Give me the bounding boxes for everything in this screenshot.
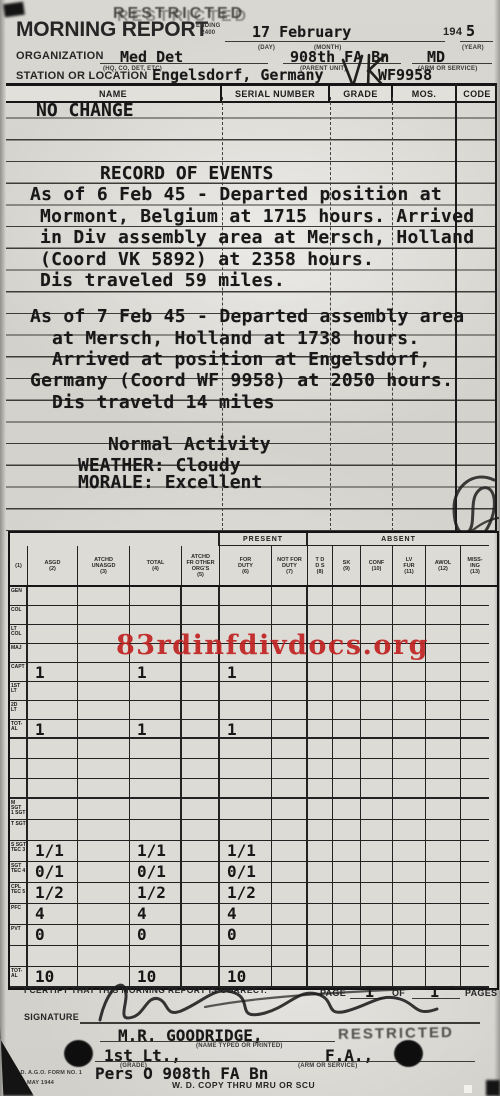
row-label — [10, 946, 28, 967]
cell-td — [308, 946, 333, 967]
cell-awol — [426, 720, 461, 739]
cell-sk — [333, 720, 361, 739]
no-change-entry: NO CHANGE — [36, 100, 134, 121]
cell-asgd — [28, 799, 78, 820]
cell-total — [130, 779, 182, 799]
year-printed: 194 — [443, 26, 462, 38]
cell-conf — [361, 946, 393, 967]
cell-duty: 0 — [220, 925, 272, 946]
cell-nfd — [272, 883, 308, 904]
name-caption: (NAME TYPED OR PRINTED) — [196, 1043, 283, 1049]
form-title: MORNING REPORT — [16, 18, 208, 42]
row-label: LT COL — [10, 625, 28, 644]
cell-fro — [182, 606, 220, 625]
strength-row — [10, 739, 497, 759]
cell-lv — [393, 606, 426, 625]
strength-row — [10, 759, 497, 779]
cell-td — [308, 820, 333, 841]
col-1: (1) — [10, 546, 28, 585]
cell-awol — [426, 663, 461, 682]
cell-conf — [361, 799, 393, 820]
strength-header-columns: (1) ASGD(2) ATCHD UNASGD(3) TOTAL(4) ATC… — [10, 546, 497, 587]
cell-lv — [393, 759, 426, 779]
group-absent: ABSENT — [308, 533, 489, 546]
cell-sk — [333, 820, 361, 841]
col-conf: CONF(10) — [361, 546, 393, 585]
cell-miss — [461, 682, 489, 701]
cell-fro — [182, 862, 220, 883]
cell-sk — [333, 663, 361, 682]
cell-nfd — [272, 606, 308, 625]
cell-total: 1/1 — [130, 841, 182, 862]
station-label: STATION OR LOCATION — [16, 70, 148, 82]
col-atchd-fr-other: ATCHD FR OTHER ORG'S(5) — [182, 546, 220, 585]
photo-corner-mark — [3, 2, 25, 18]
cell-total: 0 — [130, 925, 182, 946]
cell-miss — [461, 587, 489, 606]
col-asgd: ASGD(2) — [28, 546, 78, 585]
cell-asgd — [28, 625, 78, 644]
cell-lv — [393, 739, 426, 759]
row-label: SGT TEC 4 — [10, 862, 28, 883]
cell-conf — [361, 862, 393, 883]
col-lv-fur: LV FUR(11) — [393, 546, 426, 585]
cell-td — [308, 759, 333, 779]
report-date: 17 February — [252, 23, 351, 41]
cell-fro — [182, 820, 220, 841]
cell-duty — [220, 739, 272, 759]
cell-awol — [426, 701, 461, 720]
cell-conf — [361, 720, 393, 739]
cell-asgd: 1/2 — [28, 883, 78, 904]
col-total: TOTAL(4) — [130, 546, 182, 585]
cell-asgd: 1/1 — [28, 841, 78, 862]
cell-sk — [333, 841, 361, 862]
cell-lv — [393, 799, 426, 820]
cell-lv — [393, 820, 426, 841]
row-label: 2D LT — [10, 701, 28, 720]
activity-entry: Normal Activity — [108, 434, 271, 455]
cell-miss — [461, 904, 489, 925]
cell-total: 0/1 — [130, 862, 182, 883]
cell-total: 1 — [130, 663, 182, 682]
col-not-for-duty: NOT FOR DUTY(7) — [272, 546, 308, 585]
cell-awol — [426, 739, 461, 759]
cell-un — [78, 587, 130, 606]
strength-row: PFC444 — [10, 904, 497, 925]
cell-nfd — [272, 759, 308, 779]
cell-fro — [182, 587, 220, 606]
row-label: PFC — [10, 904, 28, 925]
cell-asgd — [28, 779, 78, 799]
cell-awol — [426, 606, 461, 625]
cell-asgd — [28, 820, 78, 841]
station-value: Engelsdorf, Germany — [152, 66, 324, 84]
cell-td — [308, 720, 333, 739]
cell-asgd — [28, 739, 78, 759]
organization-label: ORGANIZATION — [16, 50, 104, 62]
cell-nfd — [272, 946, 308, 967]
col-td-ds: T D D S(8) — [308, 546, 333, 585]
cell-conf — [361, 587, 393, 606]
cell-awol — [426, 682, 461, 701]
col-sk: SK(9) — [333, 546, 361, 585]
cell-total — [130, 739, 182, 759]
cell-duty: 1 — [220, 720, 272, 739]
cell-td — [308, 739, 333, 759]
cell-sk — [333, 606, 361, 625]
cell-td — [308, 883, 333, 904]
row-label: COL — [10, 606, 28, 625]
photo-right-edge-shade — [494, 0, 500, 1096]
cell-duty: 0/1 — [220, 862, 272, 883]
cell-awol — [426, 625, 461, 644]
cell-total — [130, 799, 182, 820]
cell-lv — [393, 904, 426, 925]
watermark: 83rdinfdivdocs.org — [116, 630, 429, 661]
cell-duty — [220, 759, 272, 779]
row-label — [10, 779, 28, 799]
strength-header-groups: PRESENT ABSENT — [10, 533, 497, 546]
cell-miss — [461, 701, 489, 720]
cell-lv — [393, 925, 426, 946]
cell-td — [308, 682, 333, 701]
cell-sk — [333, 883, 361, 904]
cell-asgd — [28, 701, 78, 720]
cell-td — [308, 606, 333, 625]
cell-lv — [393, 587, 426, 606]
cell-asgd — [28, 682, 78, 701]
row-label: PVT — [10, 925, 28, 946]
photo-left-edge-shade — [0, 0, 6, 1096]
cell-awol — [426, 799, 461, 820]
cell-td — [308, 799, 333, 820]
cell-asgd — [28, 587, 78, 606]
cell-un — [78, 925, 130, 946]
strength-row — [10, 779, 497, 799]
cell-duty — [220, 779, 272, 799]
cell-miss — [461, 967, 489, 988]
cell-lv — [393, 841, 426, 862]
event-line: in Div assembly area at Mersch, Holland — [40, 227, 474, 248]
cell-fro — [182, 946, 220, 967]
strength-row: S SGT TEC 31/11/11/1 — [10, 841, 497, 862]
cell-conf — [361, 904, 393, 925]
cell-un — [78, 779, 130, 799]
cell-un — [78, 701, 130, 720]
form-number: W. D. A.G.O. FORM NO. 1 — [12, 1070, 82, 1076]
cell-asgd — [28, 759, 78, 779]
cell-awol — [426, 841, 461, 862]
col-atchd-unasgd: ATCHD UNASGD(3) — [78, 546, 130, 585]
cell-asgd — [28, 606, 78, 625]
cell-sk — [333, 739, 361, 759]
cell-miss — [461, 625, 489, 644]
row-label: M SGT 1 SGT — [10, 799, 28, 820]
cell-un — [78, 799, 130, 820]
cell-nfd — [272, 820, 308, 841]
cell-un — [78, 663, 130, 682]
cell-conf — [361, 606, 393, 625]
photo-white-speck — [464, 1085, 472, 1093]
row-label: MAJ — [10, 644, 28, 663]
cell-conf — [361, 820, 393, 841]
cell-conf — [361, 883, 393, 904]
cell-fro — [182, 883, 220, 904]
strength-row: 1ST LT — [10, 682, 497, 701]
cell-un — [78, 759, 130, 779]
cell-duty — [220, 820, 272, 841]
cell-miss — [461, 606, 489, 625]
cell-td — [308, 663, 333, 682]
cell-total: 1 — [130, 720, 182, 739]
cell-td — [308, 701, 333, 720]
cell-duty: 1 — [220, 663, 272, 682]
group-present: PRESENT — [220, 533, 308, 546]
cell-duty — [220, 946, 272, 967]
cell-un — [78, 682, 130, 701]
cell-conf — [361, 701, 393, 720]
cell-miss — [461, 720, 489, 739]
punch-hole-right — [394, 1040, 423, 1067]
cell-miss — [461, 883, 489, 904]
cell-td — [308, 904, 333, 925]
cell-total: 4 — [130, 904, 182, 925]
strength-row: SGT TEC 40/10/10/1 — [10, 862, 497, 883]
copy-thru-line: W. D. COPY THRU MRU OR SCU — [172, 1080, 315, 1090]
cell-awol — [426, 946, 461, 967]
cell-fro — [182, 759, 220, 779]
cell-conf — [361, 925, 393, 946]
cell-un — [78, 739, 130, 759]
cell-sk — [333, 682, 361, 701]
cell-conf — [361, 739, 393, 759]
cell-miss — [461, 779, 489, 799]
event-line: Mormont, Belgium at 1715 hours. Arrived — [40, 206, 474, 227]
cell-sk — [333, 904, 361, 925]
cell-td — [308, 587, 333, 606]
row-label: 1ST LT — [10, 682, 28, 701]
cell-lv — [393, 883, 426, 904]
cell-fro — [182, 904, 220, 925]
cell-asgd: 4 — [28, 904, 78, 925]
event-line: (Coord VK 5892) at 2358 hours. — [40, 249, 374, 270]
cell-nfd — [272, 682, 308, 701]
cell-total — [130, 587, 182, 606]
cell-duty — [220, 606, 272, 625]
event-line: Dis traveled 59 miles. — [40, 270, 285, 291]
arm-caption: (ARM OR SERVICE) — [298, 1063, 357, 1069]
cell-awol — [426, 759, 461, 779]
cell-nfd — [272, 587, 308, 606]
row-label — [10, 759, 28, 779]
cell-nfd — [272, 862, 308, 883]
row-label: CAPT — [10, 663, 28, 682]
cell-awol — [426, 779, 461, 799]
event-line: Germany (Coord WF 9958) at 2050 hours. — [30, 370, 453, 391]
cell-awol — [426, 862, 461, 883]
cell-un — [78, 841, 130, 862]
cell-total — [130, 682, 182, 701]
cell-lv — [393, 862, 426, 883]
event-line: As of 7 Feb 45 - Departed assembly area — [30, 306, 464, 327]
punch-hole-left — [64, 1040, 93, 1067]
signature-scrawl — [85, 965, 465, 1035]
morning-report-document: RESTRICTED RESTRICTED MORNING REPORT END… — [0, 0, 500, 1096]
row-label: TOT- AL — [10, 720, 28, 739]
cell-conf — [361, 841, 393, 862]
cell-td — [308, 779, 333, 799]
cell-conf — [361, 682, 393, 701]
cell-miss — [461, 946, 489, 967]
cell-duty — [220, 682, 272, 701]
cell-awol — [426, 644, 461, 663]
cell-asgd — [28, 946, 78, 967]
cell-sk — [333, 799, 361, 820]
morale-entry: MORALE: Excellent — [78, 472, 262, 493]
cell-lv — [393, 779, 426, 799]
strength-row: TOT- AL111 — [10, 720, 497, 739]
cell-conf — [361, 779, 393, 799]
event-line: As of 6 Feb 45 - Departed position at — [30, 184, 442, 205]
cell-duty — [220, 587, 272, 606]
cell-miss — [461, 925, 489, 946]
row-label: T SGT — [10, 820, 28, 841]
cell-sk — [333, 925, 361, 946]
cell-sk — [333, 759, 361, 779]
strength-row: COL — [10, 606, 497, 625]
cell-miss — [461, 739, 489, 759]
cell-miss — [461, 799, 489, 820]
cell-fro — [182, 682, 220, 701]
cell-asgd: 0 — [28, 925, 78, 946]
cell-miss — [461, 759, 489, 779]
day-caption: (DAY) — [258, 45, 275, 51]
cell-awol — [426, 925, 461, 946]
cell-total — [130, 759, 182, 779]
cell-fro — [182, 720, 220, 739]
year-caption: (YEAR) — [462, 45, 484, 51]
event-line: Arrived at position at Engelsdorf, — [52, 349, 431, 370]
cell-un — [78, 720, 130, 739]
cell-duty — [220, 799, 272, 820]
cell-fro — [182, 925, 220, 946]
cell-asgd: 1 — [28, 663, 78, 682]
cell-fro — [182, 701, 220, 720]
cell-conf — [361, 663, 393, 682]
cell-awol — [426, 883, 461, 904]
cell-nfd — [272, 701, 308, 720]
strength-table: PRESENT ABSENT (1) ASGD(2) ATCHD UNASGD(… — [8, 531, 499, 990]
cell-nfd — [272, 925, 308, 946]
cell-asgd — [28, 644, 78, 663]
cell-nfd — [272, 663, 308, 682]
cell-fro — [182, 799, 220, 820]
event-line: Dis traveld 14 miles — [52, 392, 275, 413]
cell-lv — [393, 720, 426, 739]
cell-nfd — [272, 779, 308, 799]
pages-label: PAGES — [465, 988, 497, 998]
cell-sk — [333, 587, 361, 606]
cell-duty — [220, 701, 272, 720]
cell-awol — [426, 904, 461, 925]
cell-miss — [461, 820, 489, 841]
cell-sk — [333, 701, 361, 720]
cell-nfd — [272, 739, 308, 759]
cell-nfd — [272, 799, 308, 820]
cell-un — [78, 606, 130, 625]
row-label — [10, 739, 28, 759]
row-label: CPL TEC 5 — [10, 883, 28, 904]
cell-fro — [182, 841, 220, 862]
cell-un — [78, 946, 130, 967]
cell-total: 1/2 — [130, 883, 182, 904]
row-label: S SGT TEC 3 — [10, 841, 28, 862]
col-missing: MISS- ING(13) — [461, 546, 489, 585]
cell-duty: 4 — [220, 904, 272, 925]
event-line: at Mersch, Holland at 1738 hours. — [52, 328, 420, 349]
strength-row: PVT000 — [10, 925, 497, 946]
strength-row: M SGT 1 SGT — [10, 799, 497, 820]
cell-awol — [426, 587, 461, 606]
strength-row: T SGT — [10, 820, 497, 841]
cell-lv — [393, 682, 426, 701]
ending-2400-label: ENDING 2400 — [196, 23, 221, 37]
strength-row: CAPT111 — [10, 663, 497, 682]
row-label: GEN — [10, 587, 28, 606]
cell-miss — [461, 663, 489, 682]
cell-un — [78, 820, 130, 841]
cell-un — [78, 883, 130, 904]
col-awol: AWOL(12) — [426, 546, 461, 585]
cell-nfd — [272, 904, 308, 925]
cell-miss — [461, 862, 489, 883]
cell-td — [308, 925, 333, 946]
year-typed: 5 — [466, 22, 475, 40]
cell-lv — [393, 663, 426, 682]
cell-asgd: 0/1 — [28, 862, 78, 883]
group-blank — [10, 533, 220, 546]
strength-row: 2D LT — [10, 701, 497, 720]
cell-duty: 1/2 — [220, 883, 272, 904]
cell-fro — [182, 779, 220, 799]
strength-row: GEN — [10, 587, 497, 606]
strength-row: CPL TEC 51/21/21/2 — [10, 883, 497, 904]
cell-lv — [393, 946, 426, 967]
cell-total — [130, 701, 182, 720]
cell-conf — [361, 759, 393, 779]
record-of-events-heading: RECORD OF EVENTS — [100, 163, 273, 184]
cell-fro — [182, 663, 220, 682]
cell-td — [308, 862, 333, 883]
cell-total — [130, 820, 182, 841]
cell-total — [130, 606, 182, 625]
signature-label: SIGNATURE — [24, 1012, 79, 1022]
cell-sk — [333, 946, 361, 967]
cell-awol — [426, 820, 461, 841]
cell-sk — [333, 862, 361, 883]
cell-un — [78, 904, 130, 925]
cell-fro — [182, 739, 220, 759]
cell-duty: 1/1 — [220, 841, 272, 862]
cell-td — [308, 841, 333, 862]
cell-nfd — [272, 841, 308, 862]
strength-row — [10, 946, 497, 967]
cell-lv — [393, 701, 426, 720]
cell-miss — [461, 841, 489, 862]
cell-asgd: 1 — [28, 720, 78, 739]
cell-nfd — [272, 720, 308, 739]
